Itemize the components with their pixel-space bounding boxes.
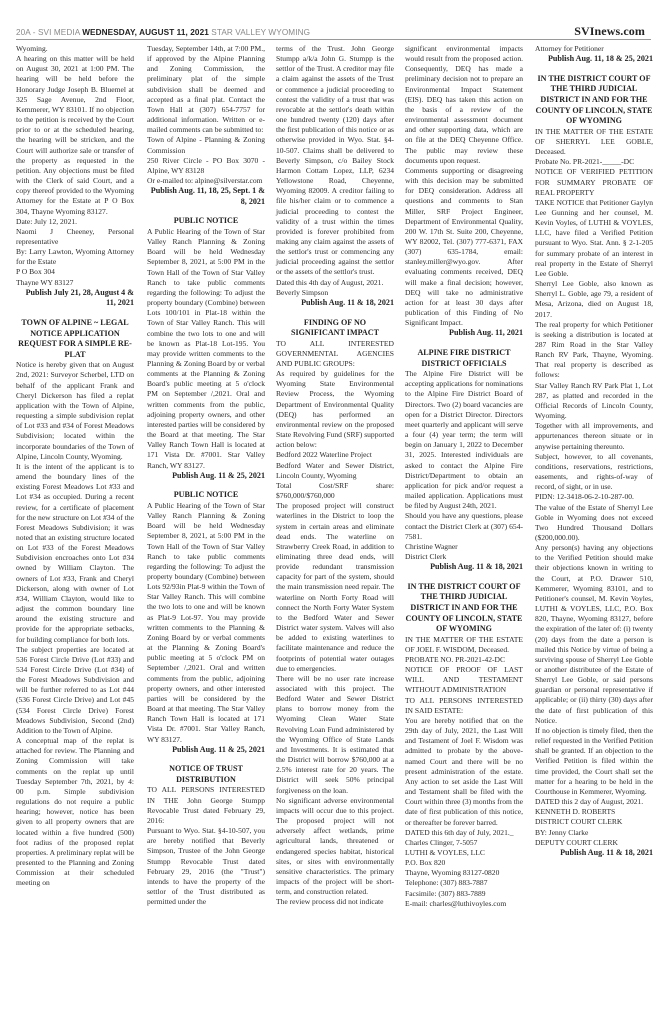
notice-paragraph: terms of the Trust. John George Stumpp a… [276, 44, 394, 278]
page-header: 20A - SVI MEDIA WEDNESDAY, AUGUST 11, 20… [16, 24, 651, 38]
notice-paragraph: Naomi J Cheeney, Personal representative [16, 227, 134, 247]
publish-line: Publish Aug. 11 & 25, 2021 [147, 471, 265, 482]
notice-title: NOTICE OF TRUST DISTRIBUTION [147, 764, 265, 785]
notice-paragraph: The Alpine Fire District will be accepti… [405, 369, 523, 511]
notice-paragraph: PROBATE NO. PR-2021-42-DC [405, 655, 523, 665]
notice-paragraph: PIDN: 12-3418-06-2-10-287-00. [535, 492, 653, 502]
notice-paragraph: If no objection is timely filed, then th… [535, 726, 653, 797]
header-divider [16, 39, 651, 40]
notice-paragraph: TO ALL INTERESTED GOVERNMENTAL AGENCIES … [276, 339, 394, 369]
notice-title: IN THE DISTRICT COURT OF THE THIRD JUDIC… [405, 582, 523, 635]
notice-paragraph: By: Larry Lawton, Wyoming Attorney for t… [16, 247, 134, 267]
notice-paragraph: Bedford 2022 Waterline Project [276, 450, 394, 460]
notice-paragraph: There will be no user rate increase asso… [276, 674, 394, 796]
notice-paragraph: Dated this 4th day of August, 2021. [276, 278, 394, 288]
notice-paragraph: Total Cost/SRF share: $760,000/$760,000 [276, 481, 394, 501]
column-1: Wyoming.A hearing on this matter will be… [16, 44, 134, 888]
notice-paragraph: As required by guidelines for the Wyomin… [276, 369, 394, 450]
notice-paragraph: The proposed project will construct wate… [276, 501, 394, 674]
notice-paragraph: Town of Alpine - Planning & Zoning Commi… [147, 135, 265, 155]
notice-paragraph: P O Box 304 [16, 267, 134, 277]
notice-title: PUBLIC NOTICE [147, 216, 265, 227]
column-4: significant environmental impacts would … [405, 44, 523, 909]
notice-paragraph: TAKE NOTICE that Petitioner Gaylyn Lee G… [535, 198, 653, 279]
column-2: Tuesday, September 14th, at 7:00 PM., if… [147, 44, 265, 907]
notice-paragraph: IN THE MATTER OF THE ESTATE OF JOEL F. W… [405, 635, 523, 655]
notice-paragraph: Pursuant to Wyo. Stat. §4-10-507, you ar… [147, 826, 265, 907]
notice-paragraph: Thayne, Wyoming 83127-0820 [405, 868, 523, 878]
notice-paragraph: DATED this 6th day of July, 2021._ [405, 828, 523, 838]
notice-paragraph: Probate No. PR-2021-_____-DC [535, 157, 653, 167]
notice-paragraph: Any person(s) having any objections to t… [535, 543, 653, 726]
notice-paragraph: A conceptual map of the replat is attach… [16, 736, 134, 888]
notice-title: PUBLIC NOTICE [147, 490, 265, 501]
publish-line: Publish Aug. 11 & 25, 2021 [147, 745, 265, 756]
region-label: STAR VALLEY WYOMING [211, 28, 310, 37]
publish-line: Publish Aug. 11 & 18, 2021 [535, 848, 653, 859]
notice-title: IN THE DISTRICT COURT OF THE THIRD JUDIC… [535, 74, 653, 127]
notice-paragraph: The real property for which Petitioner i… [535, 320, 653, 381]
notice-paragraph: Date: July 12, 2021. [16, 217, 134, 227]
notice-paragraph: The review process did not indicate [276, 897, 394, 907]
notice-paragraph: Bedford Water and Sewer District, Lincol… [276, 461, 394, 481]
notice-paragraph: No significant adverse environmental imp… [276, 796, 394, 898]
notice-paragraph: DISTRICT COURT CLERK [535, 817, 653, 827]
publish-line: Publish Aug. 11 & 18, 2021 [405, 562, 523, 573]
publish-line: Publish Aug. 11 & 18, 2021 [276, 298, 394, 309]
publish-line: Publish July 21, 28, August 4 & 11, 2021 [16, 288, 134, 309]
notice-paragraph: LUTHI & VOYLES, LLC [405, 848, 523, 858]
notice-title: ALPINE FIRE DISTRICT DISTRICT OFFICIALS [405, 348, 523, 369]
notice-paragraph: TO ALL PERSONS INTERESTED IN SAID ESTATE… [405, 696, 523, 716]
notice-paragraph: You are hereby notified that on the 29th… [405, 716, 523, 828]
notice-paragraph: Tuesday, September 14th, at 7:00 PM., if… [147, 44, 265, 135]
notice-paragraph: Thayne WY 83127 [16, 278, 134, 288]
page-label: 20A - SVI MEDIA [16, 28, 80, 37]
notice-paragraph: Attorney for Petitioner [535, 44, 653, 54]
notice-paragraph: Beverly Simpson [276, 288, 394, 298]
notice-paragraph: Or e-mailed to: alpine@silverstar.com [147, 176, 265, 186]
notice-paragraph: District Clerk [405, 552, 523, 562]
notice-paragraph: P.O. Box 820 [405, 858, 523, 868]
notice-paragraph: The value of the Estate of Sherryl Lee G… [535, 503, 653, 544]
publish-line: Publish Aug. 11, 18 & 25, 2021 [535, 54, 653, 65]
publish-line: Publish Aug. 11, 18, 25, Sept. 1 & 8, 20… [147, 186, 265, 207]
notice-title: TOWN OF ALPINE ~ LEGAL NOTICE APPLICATIO… [16, 318, 134, 360]
notice-paragraph: TO ALL PERSONS INTERESTED IN THE John Ge… [147, 785, 265, 826]
notice-paragraph: A Public Hearing of the Town of Star Val… [147, 227, 265, 471]
notice-paragraph: DEPUTY COURT CLERK [535, 838, 653, 848]
notice-paragraph: It is the intent of the applicant is to … [16, 462, 134, 645]
notice-paragraph: Should you have any questions, please co… [405, 511, 523, 541]
notice-paragraph: NOTICE OF PROOF OF LAST WILL AND TESTAME… [405, 665, 523, 695]
notice-paragraph: The subject properties are located at 53… [16, 645, 134, 736]
notice-paragraph: Charles Clinger, 7-5057 [405, 838, 523, 848]
notice-paragraph: Notice is hereby given that on August 2n… [16, 360, 134, 462]
notice-paragraph: Star Valley Ranch RV Park Plat 1, Lot 28… [535, 381, 653, 422]
notice-paragraph: Facsimile: (307) 883-7889 [405, 889, 523, 899]
notice-paragraph: BY: Jenny Clarke [535, 828, 653, 838]
notice-paragraph: A hearing on this matter will be held on… [16, 54, 134, 217]
notice-paragraph: DATED this 2 day of August, 2021. [535, 797, 653, 807]
notice-paragraph: significant environmental impacts would … [405, 44, 523, 166]
notice-paragraph: E-mail: charles@luthivoyles.com [405, 899, 523, 909]
notice-paragraph: Wyoming. [16, 44, 134, 54]
notice-title: FINDING OF NO SIGNIFICANT IMPACT [276, 318, 394, 339]
site-name: SVInews.com [574, 24, 645, 39]
notice-paragraph: Together with all improvements, and appu… [535, 421, 653, 451]
notice-paragraph: Comments supporting or disagreeing with … [405, 166, 523, 329]
notice-paragraph: Sherryl Lee Goble, also known as Sherryl… [535, 279, 653, 320]
notice-paragraph: NOTICE OF VERIFIED PETITION FOR SUMMARY … [535, 167, 653, 197]
notice-paragraph: IN THE MATTER OF THE ESTATE OF SHERRYL L… [535, 127, 653, 157]
folio-line: 20A - SVI MEDIA WEDNESDAY, AUGUST 11, 20… [16, 28, 310, 37]
notice-paragraph: 250 River Circle - PO Box 3070 - Alpine,… [147, 156, 265, 176]
notice-paragraph: KENNETH D. ROBERTS [535, 807, 653, 817]
notice-paragraph: Telephone: (307) 883-7887 [405, 878, 523, 888]
column-3: terms of the Trust. John George Stumpp a… [276, 44, 394, 907]
notice-paragraph: Christine Wagner [405, 542, 523, 552]
notice-paragraph: A Public Hearing of the Town of Star Val… [147, 501, 265, 745]
publish-line: Publish Aug. 11, 2021 [405, 328, 523, 339]
column-5: Attorney for PetitionerPublish Aug. 11, … [535, 44, 653, 858]
notice-paragraph: Subject, however, to all covenants, cond… [535, 452, 653, 493]
issue-date: WEDNESDAY, AUGUST 11, 2021 [82, 28, 209, 37]
